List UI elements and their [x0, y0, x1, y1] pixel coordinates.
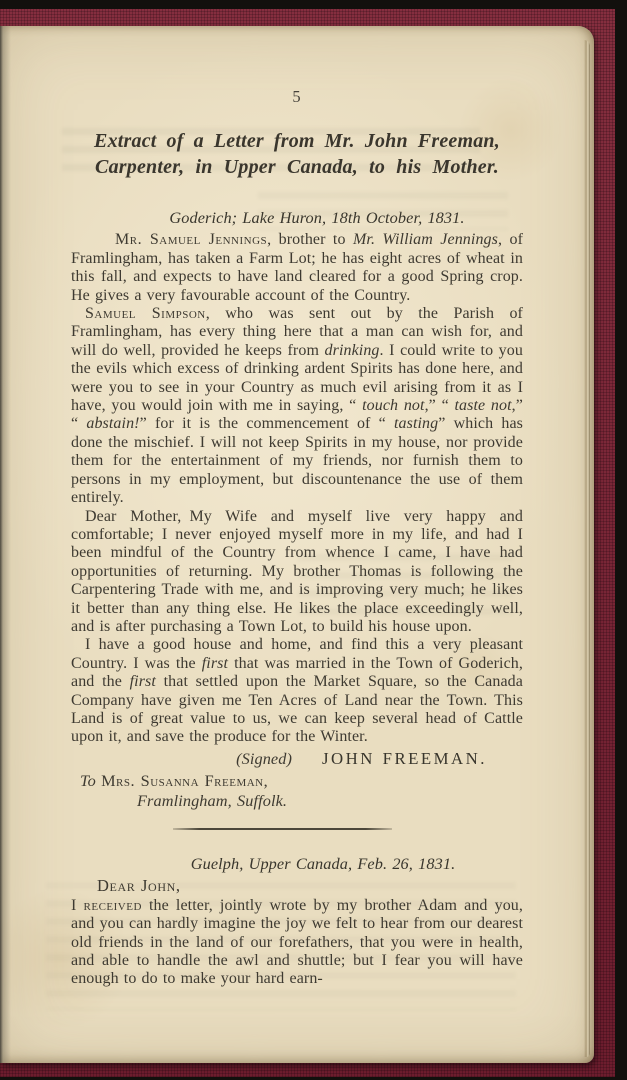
- letter-title: Extract of a Letter from Mr. John Freema…: [71, 128, 523, 180]
- text-segment: Mrs. Susanna Freeman,: [101, 771, 268, 790]
- letter-title-line1: Extract of a Letter from Mr. John Freema…: [71, 128, 523, 154]
- text-segment: received: [84, 897, 142, 914]
- text-segment: first: [202, 655, 228, 672]
- page-content: 5 Extract of a Letter from Mr. John Free…: [71, 26, 523, 1063]
- page-number: 5: [71, 88, 523, 106]
- paragraph: Dear Mother, My Wife and myself live ver…: [71, 508, 523, 637]
- signed-label: (Signed): [236, 749, 292, 769]
- page-edge-highlight: [584, 40, 590, 1057]
- letter2-salutation: Dear John,: [71, 876, 523, 896]
- addressee-place: Framlingham, Suffolk.: [71, 791, 523, 812]
- paragraph: Samuel Simpson, who was sent out by the …: [71, 305, 523, 507]
- addressee-block: To Mrs. Susanna Freeman, Framlingham, Su…: [71, 771, 523, 812]
- text-segment: ,” “: [425, 397, 455, 414]
- text-segment: To: [80, 771, 101, 790]
- letter1-dateline: Goderich; Lake Huron, 18th October, 1831…: [71, 208, 523, 227]
- paragraph: Mr. Samuel Jennings, brother to Mr. Will…: [71, 231, 523, 305]
- text-segment: ” for it is the commencement of “: [140, 415, 394, 432]
- addressee-name: To Mrs. Susanna Freeman,: [71, 771, 523, 792]
- text-segment: Dear Mother, My Wife and myself live ver…: [71, 508, 523, 635]
- text-segment: tasting: [394, 415, 438, 432]
- letter2-dateline: Guelph, Upper Canada, Feb. 26, 1831.: [71, 854, 523, 873]
- letter2-body: I received the letter, jointly wrote by …: [71, 897, 523, 989]
- letter1-body: Mr. Samuel Jennings, brother to Mr. Will…: [71, 231, 523, 746]
- text-segment: taste not: [455, 397, 512, 414]
- section-divider-rule: [173, 828, 392, 830]
- text-segment: abstain!: [86, 415, 139, 432]
- paragraph: I have a good house and home, and find t…: [71, 636, 523, 746]
- text-segment: Mr. William Jennings: [353, 231, 498, 248]
- text-segment: drinking: [325, 342, 380, 359]
- text-segment: first: [130, 673, 156, 690]
- paragraph: I received the letter, jointly wrote by …: [71, 897, 523, 989]
- text-segment: Samuel Simpson: [85, 305, 206, 322]
- book-page: 5 Extract of a Letter from Mr. John Free…: [0, 26, 594, 1063]
- text-segment: Mr. Samuel Jennings: [115, 231, 267, 248]
- signature-row: (Signed) JOHN FREEMAN.: [71, 749, 523, 769]
- text-segment: touch not: [362, 397, 425, 414]
- text-segment: , brother to: [267, 231, 353, 248]
- book-page-photo: 5 Extract of a Letter from Mr. John Free…: [0, 0, 627, 1080]
- letter-title-line2: Carpenter, in Upper Canada, to his Mothe…: [71, 154, 523, 180]
- signed-name: JOHN FREEMAN.: [322, 749, 487, 769]
- text-segment: I: [71, 897, 84, 914]
